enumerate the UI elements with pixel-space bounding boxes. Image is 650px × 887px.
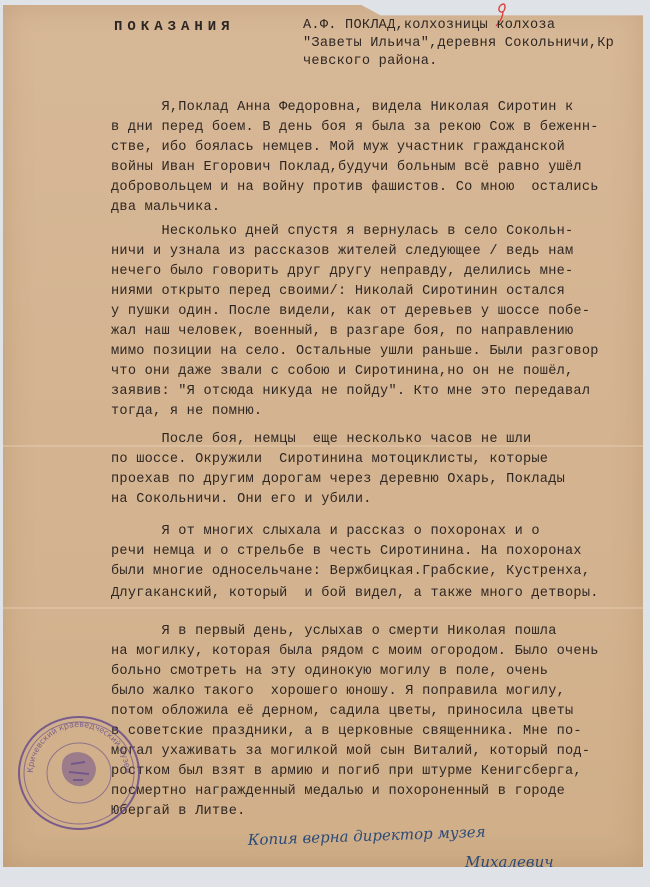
body-line: нечего было говорить друг другу неправду… [111, 262, 573, 282]
body-line: у пушки один. После видели, как от дерев… [111, 302, 590, 322]
body-line: в советские праздники, а в церковные свя… [111, 722, 582, 742]
handwritten-signature: Копия верна директор музея Михалевич [240, 823, 620, 873]
header-line: "Заветы Ильича",деревня Сокольничи,Кр [303, 34, 614, 54]
body-line: больно смотреть на эту одинокую могилу в… [111, 662, 548, 682]
body-line: добровольцем и на войну против фашистов.… [111, 178, 599, 198]
body-line: тогда, я не помню. [111, 402, 262, 422]
body-line: мимо позиции на село. Остальные ушли ран… [111, 342, 599, 362]
body-line: на могилку, которая была рядом с моим ог… [111, 642, 599, 662]
body-line: потом обложила её дерном, садила цветы, … [111, 702, 573, 722]
body-line: в дни перед боем. В день боя я была за р… [111, 118, 599, 138]
museum-stamp-icon: Кричевский краеведческий музей [13, 712, 145, 834]
body-line: были многие односельчане: Вержбицкая.Гра… [111, 562, 590, 582]
body-line: речи немца и о стрельбе в честь Сиротини… [111, 542, 582, 562]
body-line: могал ухаживать за могилкой мой сын Вита… [111, 742, 590, 762]
body-line: заявив: "Я отсюда никуда не пойду". Кто … [111, 382, 590, 402]
body-line: стве, ибо боялась немцев. Мой муж участн… [111, 138, 565, 158]
paper-fold [3, 607, 643, 609]
body-line: ниями открыто перед своими/: Николай Сир… [111, 282, 565, 302]
body-line: было жалко такого хорошего юношу. Я попр… [111, 682, 565, 702]
svg-text:Михалевич: Михалевич [464, 853, 554, 871]
body-line: После боя, немцы еще несколько часов не … [111, 430, 531, 450]
body-line: жал наш человек, военный, в разгаре боя,… [111, 322, 573, 342]
body-line: войны Иван Егорович Поклад,будучи больны… [111, 158, 582, 178]
svg-text:Копия верна директор музея: Копия верна директор музея [247, 823, 486, 849]
body-line: Я в первый день, услыхав о смерти Никола… [111, 622, 557, 642]
body-line: что они даже звали с собою и Сиротинина,… [111, 362, 573, 382]
body-line: на Сокольничи. Они его и убили. [111, 490, 372, 510]
body-line: ростком был взят в армию и погиб при шту… [111, 762, 582, 782]
header-line: чевского района. [303, 52, 438, 72]
body-line: Я,Поклад Анна Федоровна, видела Николая … [111, 98, 573, 118]
body-line: Длугаканский, который и бой видел, а так… [111, 584, 599, 604]
body-line: ничи и узнала из рассказов жителей следу… [111, 242, 573, 262]
document-title: ПОКАЗАНИЯ [114, 19, 235, 35]
body-line: два мальчика. [111, 198, 220, 218]
body-line: посмертно награжденный медалью и похорон… [111, 782, 565, 802]
body-line: проехав по другим дорогам через деревню … [111, 470, 565, 490]
body-line: Несколько дней спустя я вернулась в село… [111, 222, 573, 242]
header-line: А.Ф. ПОКЛАД,колхозницы колхоза [303, 16, 555, 36]
body-line: Я от многих слыхала и рассказ о похорона… [111, 522, 540, 542]
body-line: по шоссе. Окружили Сиротинина мотоциклис… [111, 450, 548, 470]
